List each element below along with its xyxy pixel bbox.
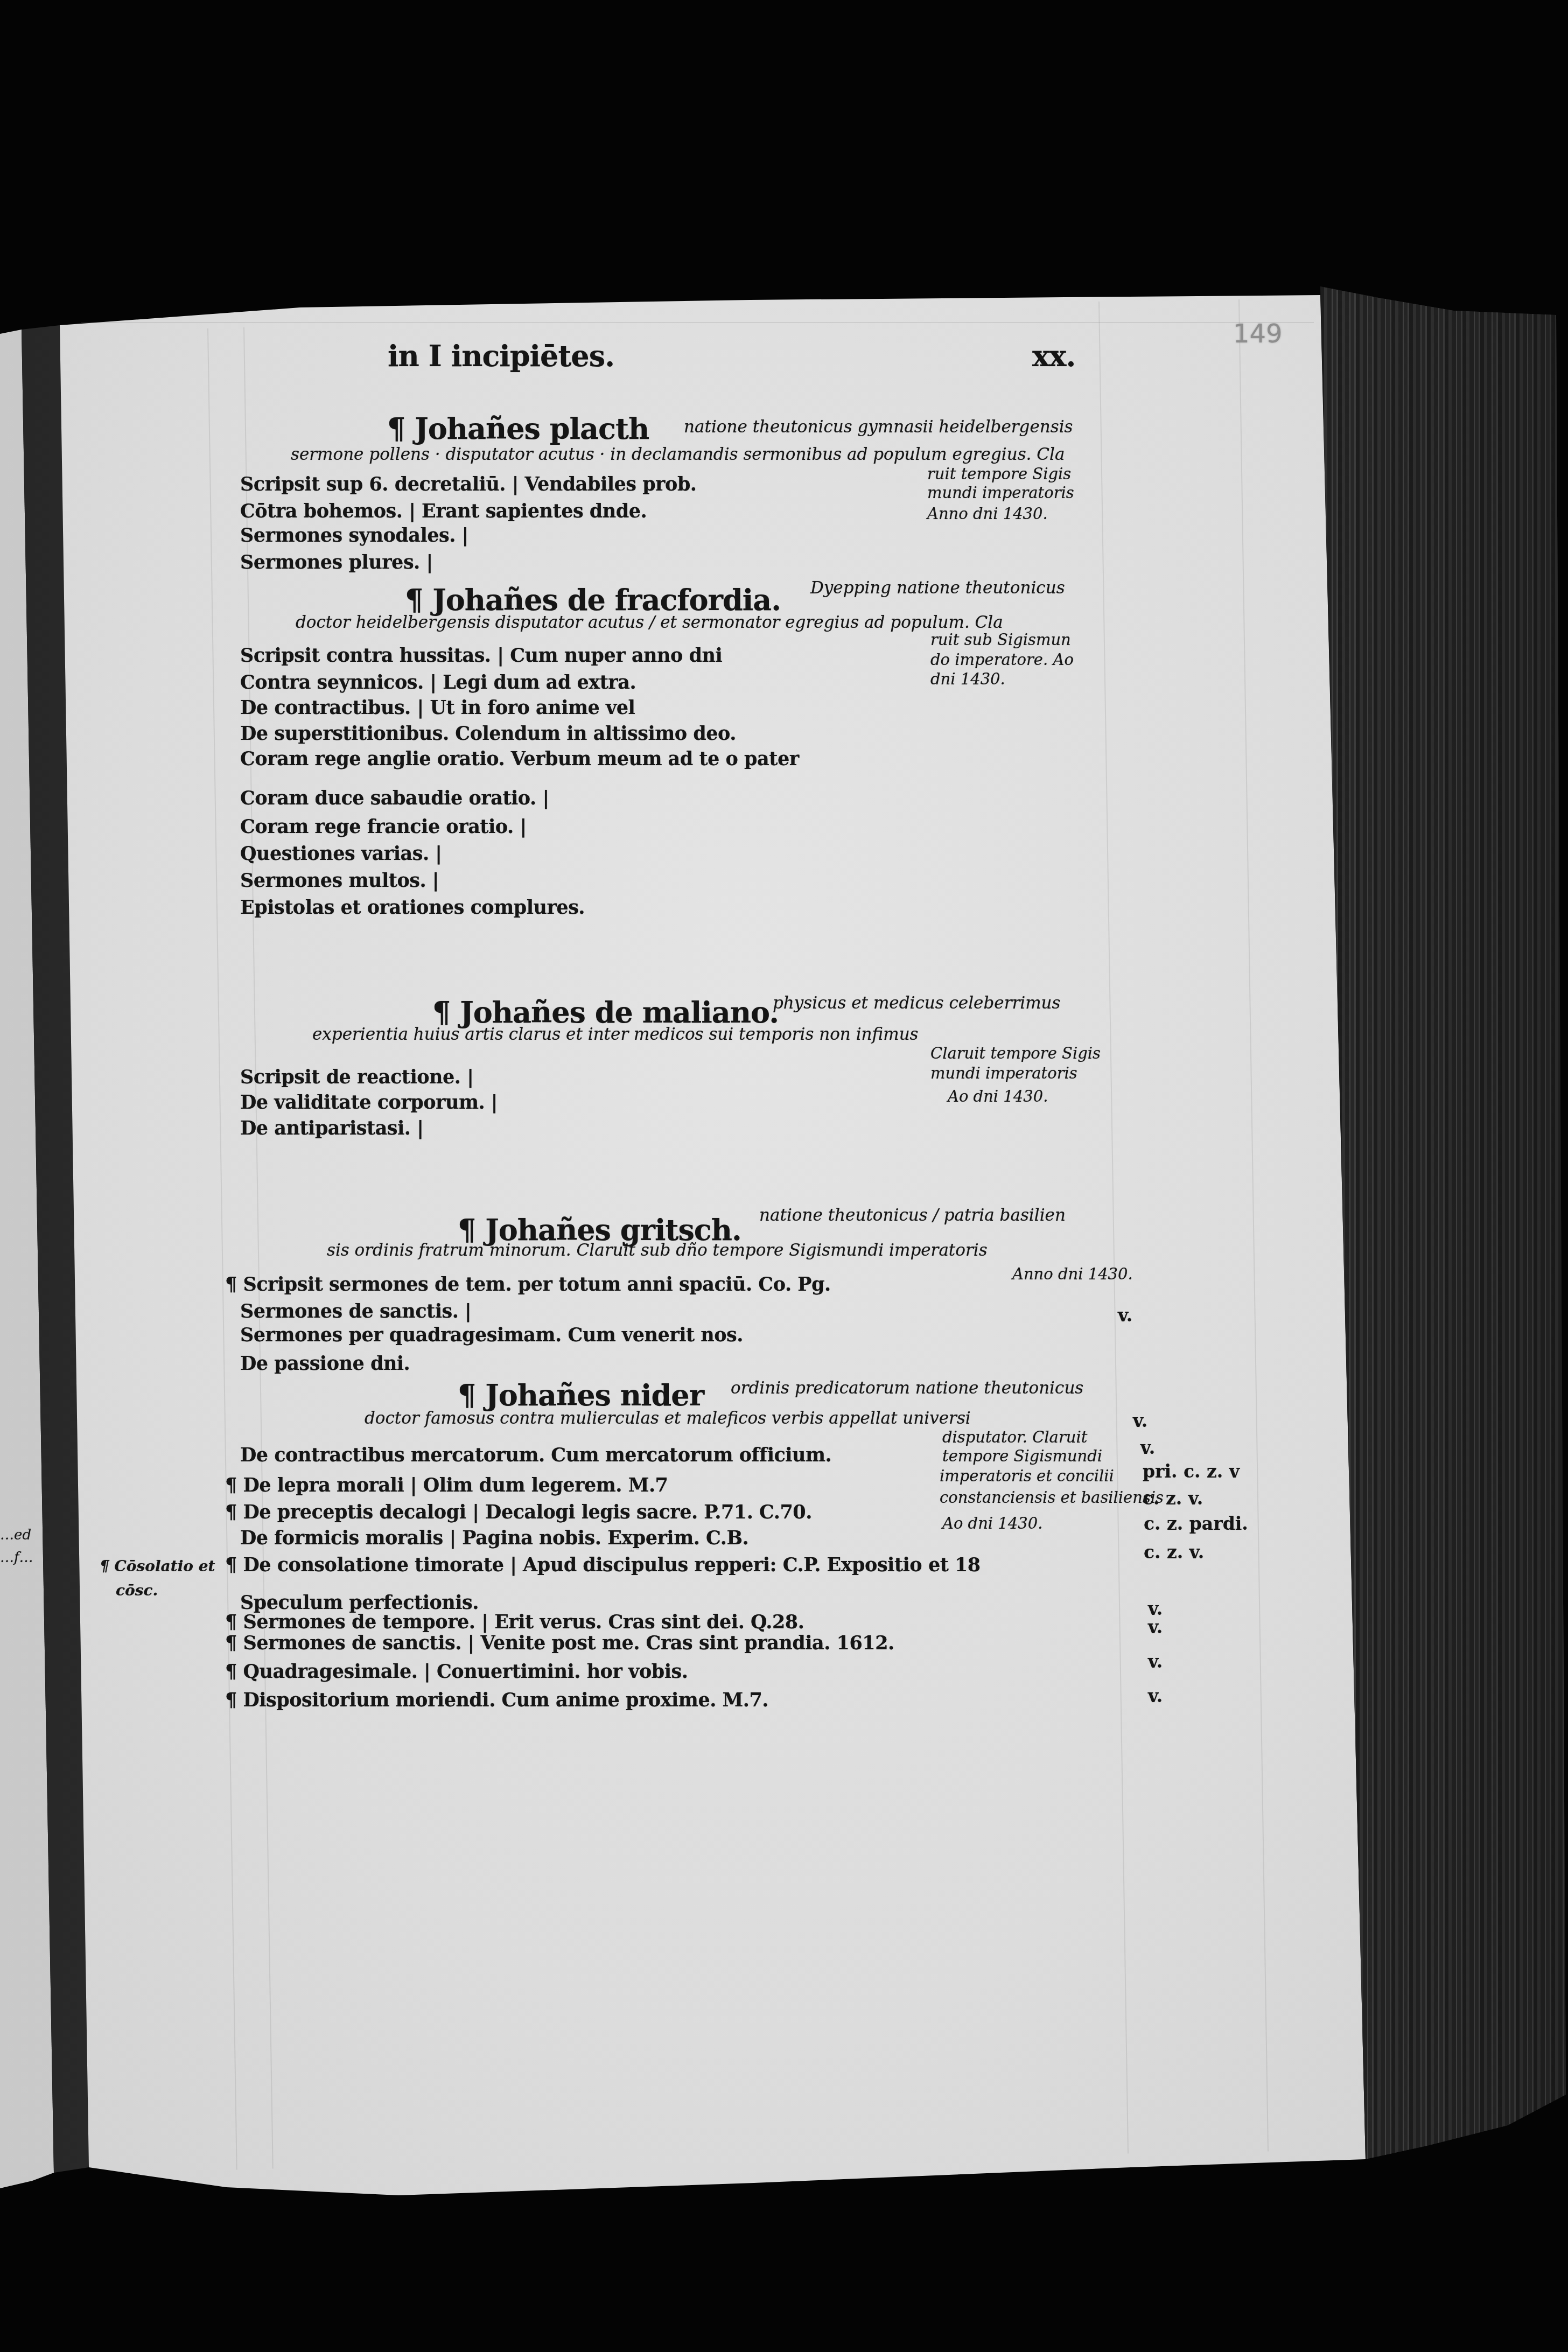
siglum: v. xyxy=(1148,1618,1163,1636)
bio-line: sermone pollens · disputator acutus · in… xyxy=(291,446,1065,463)
author-heading: ¶ Johañes nider xyxy=(458,1381,704,1410)
work-line: Coram rege francie oratio. | xyxy=(240,817,527,836)
bio-line: natione theutonicus gymnasii heidelberge… xyxy=(684,419,1073,436)
work-line: Coram rege anglie oratio. Verbum meum ad… xyxy=(240,750,799,768)
author-heading: ¶ Johañes de fracfordia. xyxy=(405,585,781,614)
work-line: De formicis moralis | Pagina nobis. Expe… xyxy=(240,1529,748,1548)
author-heading: ¶ Johañes placth xyxy=(387,414,649,443)
author-heading: ¶ Johañes de maliano. xyxy=(432,998,779,1027)
work-line: ¶ Sermones de sanctis. | Venite post me.… xyxy=(225,1634,894,1653)
bio-margin-line: Ao dni 1430. xyxy=(948,1089,1048,1104)
siglum: v. xyxy=(1148,1600,1163,1618)
bio-line: physicus et medicus celeberrimus xyxy=(773,995,1060,1012)
bio-margin-line: Anno dni 1430. xyxy=(1012,1266,1133,1282)
pencil-folio-number: 149 xyxy=(1233,321,1283,347)
work-line: ¶ Scripsit sermones de tem. per totum an… xyxy=(225,1275,831,1294)
bio-margin-line: mundi imperatoris xyxy=(927,485,1074,501)
work-line: Speculum perfectionis. xyxy=(240,1593,479,1612)
work-line: ¶ Dispositorium moriendi. Cum anime prox… xyxy=(225,1691,768,1710)
work-line: Cōtra bohemos. | Erant sapientes dnde. xyxy=(240,502,647,521)
work-line: Questiones varias. | xyxy=(240,844,442,863)
bio-line: doctor famosus contra mulierculas et mal… xyxy=(365,1410,971,1427)
bio-margin-line: ruit tempore Sigis xyxy=(927,466,1071,482)
siglum: c. z. pardi. xyxy=(1144,1515,1248,1532)
siglum: c. z. v. xyxy=(1143,1489,1203,1507)
work-line: ¶ De consolatione timorate | Apud discip… xyxy=(225,1556,981,1574)
siglum: v. xyxy=(1148,1687,1163,1705)
margin-note-line: ¶ Cōsolatio et xyxy=(100,1559,215,1574)
work-line: Sermones plures. | xyxy=(240,553,433,572)
work-line: De passione dni. xyxy=(240,1354,410,1373)
work-line: Scripsit de reactione. | xyxy=(240,1068,473,1087)
bio-margin-line: imperatoris et concilii xyxy=(940,1468,1114,1484)
bio-line: experientia huius artis clarus et inter … xyxy=(312,1026,919,1043)
folio-number: xx. xyxy=(1032,341,1075,370)
work-line: Epistolas et orationes complures. xyxy=(240,898,585,917)
siglum: v. xyxy=(1133,1412,1147,1430)
siglum: c. z. v. xyxy=(1144,1543,1204,1561)
work-line: Sermones synodales. | xyxy=(240,526,468,545)
bio-line: doctor heidelbergensis disputator acutus… xyxy=(296,614,1003,631)
work-line: Scripsit sup 6. decretaliū. | Vendabiles… xyxy=(240,475,697,494)
work-line: De antiparistasi. | xyxy=(240,1119,423,1138)
siglum: pri. c. z. v xyxy=(1143,1462,1240,1480)
bio-line: Dyepping natione theutonicus xyxy=(810,580,1065,597)
work-line: De superstitionibus. Colendum in altissi… xyxy=(240,724,736,743)
work-line: Sermones de sanctis. | xyxy=(240,1302,471,1321)
bio-margin-line: dni 1430. xyxy=(930,671,1005,687)
work-line: ¶ Sermones de tempore. | Erit verus. Cra… xyxy=(225,1613,804,1632)
work-line: Scripsit contra hussitas. | Cum nuper an… xyxy=(240,646,722,665)
bio-line: sis ordinis fratrum minorum. Claruit sub… xyxy=(327,1242,988,1259)
bio-margin-line: Anno dni 1430. xyxy=(927,506,1048,522)
work-line: Sermones per quadragesimam. Cum venerit … xyxy=(240,1326,743,1345)
fragment-line: …f… xyxy=(0,1551,33,1565)
fragment-line: …ed xyxy=(0,1528,31,1542)
bio-margin-line: constanciensis et basiliensis xyxy=(940,1490,1164,1506)
work-line: ¶ De preceptis decalogi | Decalogi legis… xyxy=(225,1503,812,1522)
work-line: ¶ De lepra morali | Olim dum legerem. M.… xyxy=(225,1476,668,1495)
manuscript-photo: in I incipiētes. xx. 149 ¶ Johañes plact… xyxy=(0,0,1568,2352)
left-page-fragment: …ed …f… xyxy=(0,1524,47,1578)
bio-margin-line: tempore Sigismundi xyxy=(942,1448,1102,1464)
margin-note-line: cōsc. xyxy=(116,1583,158,1598)
work-line: ¶ Quadragesimale. | Conuertimini. hor vo… xyxy=(225,1662,688,1681)
ruling-line xyxy=(81,322,1314,323)
work-line: De contractibus mercatorum. Cum mercator… xyxy=(240,1446,831,1465)
bio-margin-line: Claruit tempore Sigis xyxy=(930,1046,1101,1061)
bio-line: natione theutonicus / patria basilien xyxy=(759,1207,1066,1224)
work-line: Contra seynnicos. | Legi dum ad extra. xyxy=(240,673,636,692)
bio-margin-line: do imperatore. Ao xyxy=(930,652,1074,668)
bio-margin-line: Ao dni 1430. xyxy=(942,1516,1042,1531)
siglum: v. xyxy=(1118,1306,1132,1324)
work-line: Sermones multos. | xyxy=(240,871,439,890)
bio-margin-line: disputator. Claruit xyxy=(942,1430,1087,1445)
running-header: in I incipiētes. xyxy=(388,341,614,370)
bio-margin-line: mundi imperatoris xyxy=(930,1066,1077,1081)
work-line: De validitate corporum. | xyxy=(240,1093,498,1112)
bio-line: ordinis predicatorum natione theutonicus xyxy=(731,1380,1083,1397)
bio-margin-line: ruit sub Sigismun xyxy=(930,632,1071,648)
siglum: v. xyxy=(1140,1439,1155,1457)
author-heading: ¶ Johañes gritsch. xyxy=(458,1215,741,1244)
siglum: v. xyxy=(1148,1653,1163,1670)
work-line: Coram duce sabaudie oratio. | xyxy=(240,789,549,808)
work-line: De contractibus. | Ut in foro anime vel xyxy=(240,698,635,717)
